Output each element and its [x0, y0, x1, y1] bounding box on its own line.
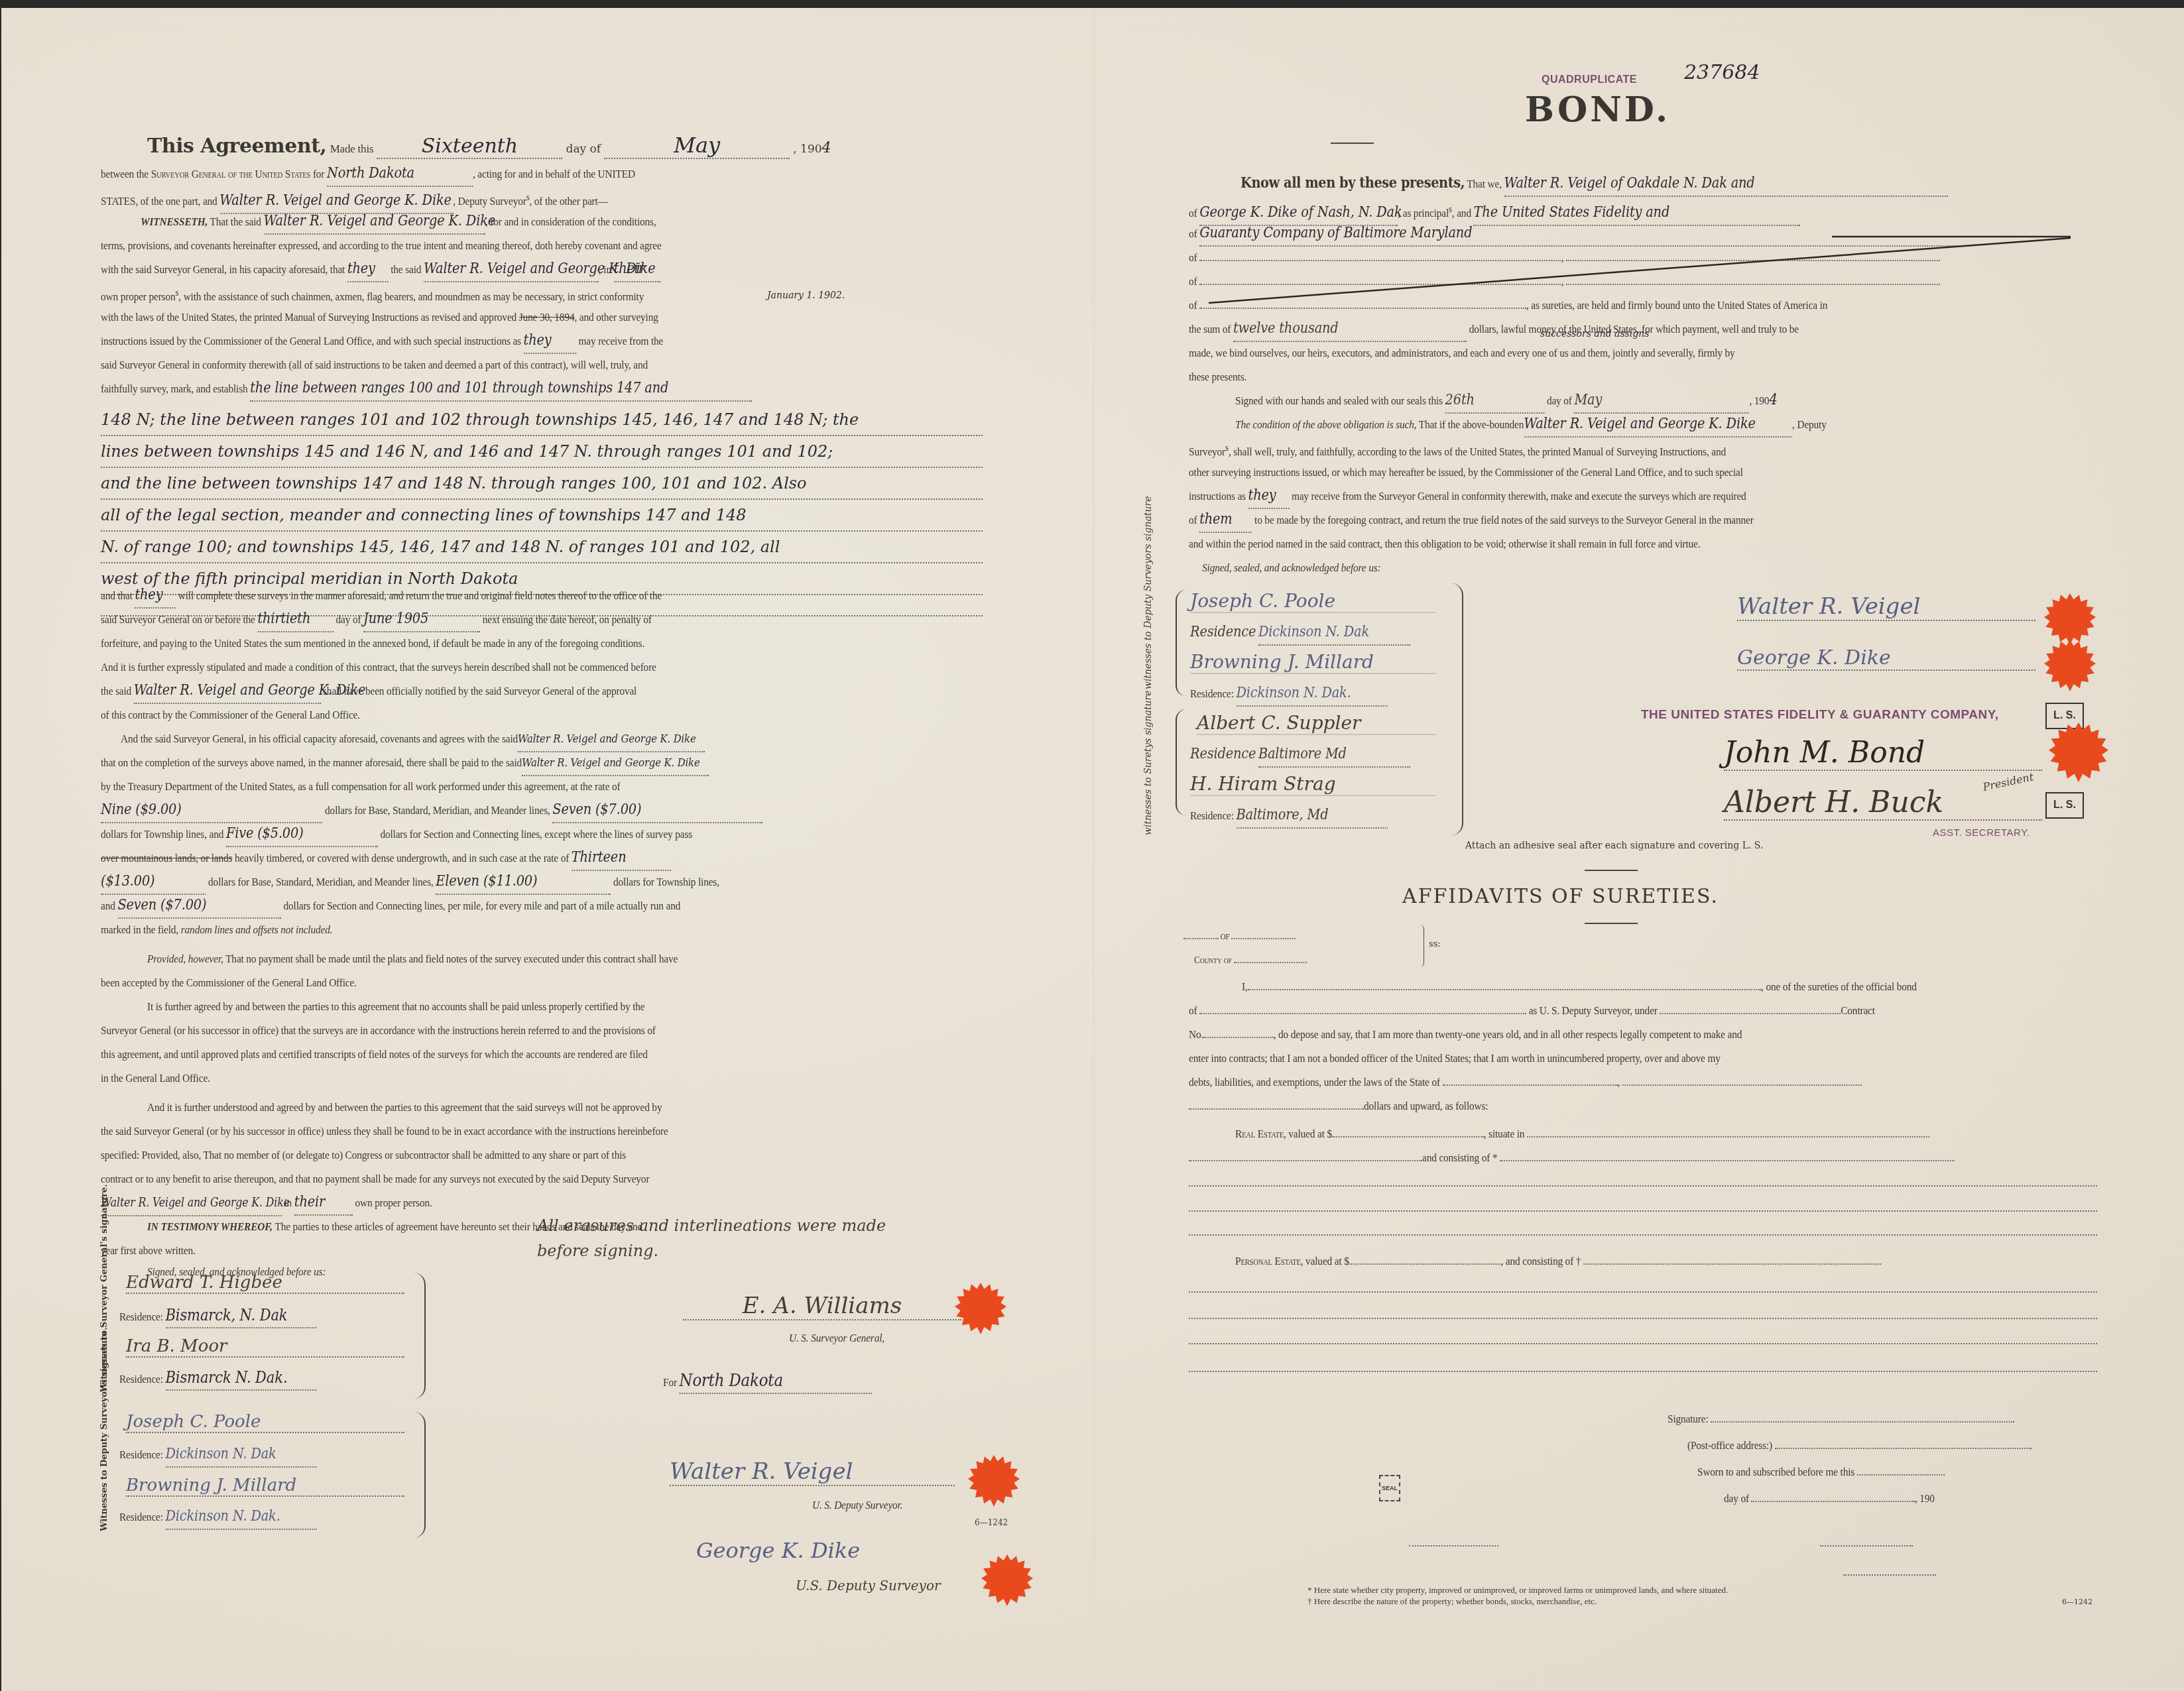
- witness-name: Ira B. Moor: [126, 1336, 404, 1358]
- agreement-title-line: This Agreement, Made this Sixteenth day …: [147, 133, 831, 161]
- completion-line-2: said Surveyor General on or before the t…: [101, 607, 652, 632]
- bond-line-7: the sum of twelve thousand dollars, lawf…: [1189, 317, 1799, 342]
- notary-seal-box: SEAL: [1379, 1475, 1400, 1501]
- witness-name: Joseph C. Poole: [1190, 590, 1435, 613]
- bond-line-13: other surveying instructions issued, or …: [1189, 460, 1743, 484]
- divider: [1585, 923, 1638, 924]
- affidavit-line-1: I,, one of the sureties of the official …: [1242, 974, 1917, 998]
- blank-line: [1189, 1210, 2097, 1212]
- certification-line-2: Surveyor General (or his successor in of…: [101, 1018, 656, 1042]
- witnesseth-name-field: Walter R. Veigel and George K. Dike: [264, 209, 485, 235]
- completion-line-3: forfeiture, and paying to the United Sta…: [101, 631, 644, 655]
- day-of-label: day of: [566, 143, 601, 156]
- witness-residence: Residence Baltimore Md: [1190, 742, 1410, 768]
- agreement-line-7: own proper persons, with the assistance …: [101, 281, 644, 308]
- certification-line-4: in the General Land Office.: [101, 1066, 210, 1090]
- sworn-line: Sworn to and subscribed before me this: [1697, 1460, 1945, 1484]
- state-field: North Dakota: [327, 162, 473, 187]
- principal-signature-dike: George K. Dike: [1737, 646, 2035, 671]
- rate-heavy-township-field: Eleven ($11.00): [436, 870, 611, 895]
- affidavit-line-4: enter into contracts; that I am not a bo…: [1189, 1046, 1721, 1070]
- company-stamp: THE UNITED STATES FIDELITY & GUARANTY CO…: [1641, 708, 1999, 723]
- bond-title: BOND.: [1525, 89, 1670, 130]
- rate-base-field: Nine ($9.00): [101, 798, 322, 823]
- quadruplicate-stamp: QUADRUPLICATE: [1542, 74, 1637, 86]
- blank-line: [1189, 1318, 2097, 1319]
- witness-residence: Residence: Dickinson N. Dak.: [1190, 681, 1388, 707]
- bond-line-1: Know all men by these presents, That we,…: [1241, 171, 1947, 197]
- erasure-note: All erasures and interlineations were ma…: [537, 1213, 886, 1263]
- venue-county-line: County of: [1194, 949, 1307, 972]
- condition-line: The condition of the above obligation is…: [1235, 412, 1827, 437]
- witness-group-label: Witnesses to Deputy Surveyor's signature…: [99, 1327, 109, 1531]
- rate-line-4: ($13.00) dollars for Base, Standard, Mer…: [101, 870, 719, 895]
- interlineation-successors: successors and assigns: [1540, 329, 1649, 339]
- affidavit-line-5: debts, liabilities, and exemptions, unde…: [1189, 1070, 1862, 1094]
- asst-secretary-stamp: ASST. SECRETARY.: [1933, 827, 2030, 839]
- form-number: 6—1242: [2062, 1598, 2093, 1606]
- bond-line-12: Surveyors, shall well, truly, and faithf…: [1189, 436, 1726, 463]
- bond-line-9: these presents.: [1189, 365, 1246, 388]
- asst-secretary-signature: Albert H. Buck: [1724, 786, 2042, 821]
- completion-line-5: the said Walter R. Veigel and George K. …: [101, 679, 637, 704]
- deputy-surveyor-witnesses: Witnesses to Deputy Surveyor's signature…: [99, 1412, 431, 1538]
- agreement-line-5: terms, provisions, and covenants hereina…: [101, 233, 662, 257]
- agreement-line-11: faithfully survey, mark, and establish t…: [101, 377, 752, 402]
- agreement-title: This Agreement,: [147, 135, 327, 158]
- affidavit-line-3: No., do depose and say, that I am more t…: [1189, 1022, 1742, 1046]
- provided-however-line: Provided, however, That no payment shall…: [147, 947, 678, 970]
- testimony-cont: year first above written.: [101, 1238, 196, 1262]
- rate-heavy-section-field: Seven ($7.00): [117, 894, 280, 919]
- deputy-surveyor-title: U. S. Deputy Surveyor.: [812, 1493, 902, 1517]
- venue-state-line: OF: [1183, 925, 1296, 949]
- blank-line: [1189, 1291, 2097, 1293]
- center-fold: [1092, 8, 1095, 1691]
- agreement-year-digit: 4: [822, 140, 831, 156]
- blank-line: [1409, 1545, 1498, 1546]
- bond-amount-field: twelve thousand: [1233, 317, 1467, 342]
- witness-residence: Residence: Baltimore, Md: [1190, 803, 1388, 829]
- divider: [1585, 870, 1638, 871]
- deputy-title-handwritten: U.S. Deputy Surveyor: [796, 1578, 941, 1594]
- rate-line-5: and Seven ($7.00) dollars for Section an…: [101, 894, 680, 919]
- witness-group-label: witnesses to Suretys signature: [1144, 690, 1154, 835]
- rate-line-2: dollars for Township lines, and Five ($5…: [101, 822, 692, 847]
- bond-line-8: made, we bind ourselves, our heirs, exec…: [1189, 341, 1735, 365]
- principal-field: Walter R. Veigel of Oakdale N. Dak and: [1504, 172, 1947, 197]
- own-person-line: Walter R. Veigel and George K. Dike in t…: [101, 1191, 432, 1216]
- approval-line-2: the said Surveyor General (or by his suc…: [101, 1119, 668, 1143]
- agreement-line-4: WITNESSETH, That the said Walter R. Veig…: [141, 209, 656, 235]
- agreement-line-6: with the said Surveyor General, in his c…: [101, 257, 660, 282]
- real-estate-line: Real Estate, valued at $, situate in: [1235, 1122, 1929, 1145]
- bond-line-15: of them to be made by the foregoing cont…: [1189, 508, 1754, 533]
- personal-estate-line: Personal Estate, valued at $, and consis…: [1235, 1249, 1881, 1273]
- footnote-real-estate: * Here state whether city property, impr…: [1307, 1584, 1728, 1596]
- made-this-label: Made this: [330, 137, 374, 161]
- bond-line-16: and within the period named in the said …: [1189, 532, 1700, 555]
- witness-residence: Residence: Dickinson N. Dak.: [119, 1505, 317, 1530]
- deputy-signature-dike: George K. Dike: [696, 1538, 860, 1563]
- affidavit-line-2: of as U. S. Deputy Surveyor, under Contr…: [1189, 998, 1875, 1022]
- signature-line: Signature:: [1668, 1407, 2014, 1430]
- principal-signature-veigel: Walter R. Veigel: [1737, 593, 2035, 621]
- affidavit-venue: OF County of ss:: [1183, 925, 1462, 971]
- certification-line-3: this agreement, and until approved plats…: [101, 1042, 648, 1066]
- rate-township-field: Seven ($7.00): [552, 798, 762, 823]
- completion-line-8: that on the completion of the surveys ab…: [101, 750, 709, 776]
- witness-name: Browning J. Millard: [126, 1476, 404, 1497]
- approval-line-4: contract or to any benefit to arise ther…: [101, 1167, 649, 1191]
- rate-line-6: marked in the field, random lines and of…: [101, 917, 332, 941]
- rate-heavy-base-word: Thirteen: [572, 846, 671, 871]
- affidavit-line-6: dollars and upward, as follows:: [1189, 1094, 1488, 1118]
- witness-residence: Residence: Bismarck N. Dak.: [119, 1366, 317, 1391]
- blank-line: [1189, 1185, 2097, 1187]
- witness-residence: Residence: Bismarck, N. Dak: [119, 1303, 317, 1328]
- struck-date: June 30, 1894: [519, 310, 575, 323]
- bond-line-14: instructions as they may receive from th…: [1189, 484, 1746, 509]
- for-state-line: For North Dakota: [663, 1369, 872, 1394]
- witness-name: Browning J. Millard: [1190, 651, 1435, 674]
- notary-signature-line: [1820, 1545, 1913, 1546]
- ls-mark: L. S.: [2045, 792, 2084, 819]
- bond-date-line: Signed with our hands and sealed with ou…: [1235, 388, 1778, 414]
- witness-name: Albert C. Suppler: [1197, 712, 1435, 735]
- footnote-personal-estate: † Here describe the nature of the proper…: [1307, 1596, 1728, 1607]
- completion-line-7: And the said Surveyor General, in his of…: [121, 727, 705, 752]
- rate-section-field: Five ($5.00): [226, 822, 378, 847]
- year-prefix: , 190: [793, 143, 821, 156]
- bond-witnesses: witnesses to Deputy Surveyors signature …: [1137, 577, 1482, 842]
- witness-name: H. Hiram Strag: [1190, 773, 1435, 796]
- witness-name: Edward T. Higbee: [126, 1273, 404, 1294]
- witness-residence: Residence Dickinson N. Dak: [1190, 620, 1410, 646]
- blank-line: [1189, 1234, 2097, 1236]
- surveyor-general-signature: E. A. Williams: [683, 1293, 961, 1320]
- bond-signed-before: Signed, sealed, and acknowledged before …: [1202, 555, 1380, 579]
- witness-residence: Residence: Dickinson N. Dak: [119, 1442, 317, 1468]
- certification-para: It is further agreed by and between the …: [147, 994, 644, 1018]
- real-estate-consisting-line: and consisting of *: [1189, 1145, 1955, 1169]
- blank-line: [1189, 1371, 2097, 1372]
- divider: [1331, 143, 1374, 144]
- deputy-signature-veigel: Walter R. Veigel: [670, 1458, 955, 1486]
- bond-number: 237684: [1684, 61, 1760, 84]
- affidavit-title: AFFIDAVITS OF SURETIES.: [1402, 885, 1719, 908]
- agreement-line-2: between the Surveyor General of the Unit…: [101, 162, 635, 187]
- rate-line-1: Nine ($9.00) dollars for Base, Standard,…: [101, 798, 762, 823]
- agreement-day-field: Sixteenth: [377, 135, 562, 159]
- completion-line-9: by the Treasury Department of the United…: [101, 774, 621, 798]
- approval-para: And it is further understood and agreed …: [147, 1095, 662, 1119]
- completion-line-4: And it is further expressly stipulated a…: [101, 655, 656, 679]
- surveyor-general-witnesses: Witnesses to Surveyor General's signatur…: [99, 1273, 431, 1399]
- company-president-signature: John M. Bond: [1724, 736, 2042, 771]
- strikethrough-line: [1195, 234, 2077, 307]
- sworn-day-line: day of , 190: [1724, 1486, 1935, 1510]
- postoffice-line: (Post-office address:): [1687, 1433, 2032, 1457]
- witness-name: Joseph C. Poole: [126, 1412, 404, 1433]
- rate-line-3: over mountainous lands, or lands heavily…: [101, 846, 670, 871]
- form-number: 6—1242: [975, 1518, 1008, 1527]
- footnotes: * Here state whether city property, impr…: [1307, 1584, 1728, 1607]
- approval-line-3: specified: Provided, also, That no membe…: [101, 1143, 626, 1167]
- completion-line-1: and that they will complete these survey…: [101, 583, 662, 609]
- seal-note: Attach an adhesive seal after each signa…: [1465, 841, 1763, 851]
- provided-however-cont: been accepted by the Commissioner of the…: [101, 970, 357, 994]
- blank-line: [1189, 1343, 2097, 1344]
- bond-month-field: May: [1574, 388, 1749, 414]
- surveyor-general-title: U. S. Surveyor General,: [789, 1326, 884, 1350]
- ss-label: ss:: [1429, 939, 1441, 949]
- agreement-line-9: instructions issued by the Commissioner …: [101, 329, 663, 354]
- agreement-line-10: said Surveyor General in conformity ther…: [101, 353, 648, 377]
- agreement-month-field: May: [604, 133, 790, 159]
- notary-title-line: [1843, 1574, 1936, 1576]
- bond-day-field: 26th: [1445, 388, 1545, 414]
- agreement-line-8: with the laws of the United States, the …: [101, 305, 658, 329]
- witness-group-label: witnesses to Deputy Surveyors signature: [1144, 496, 1154, 689]
- interlineation-date: January 1. 1902.: [767, 290, 845, 301]
- completion-line-6: of this contract by the Commissioner of …: [101, 703, 360, 727]
